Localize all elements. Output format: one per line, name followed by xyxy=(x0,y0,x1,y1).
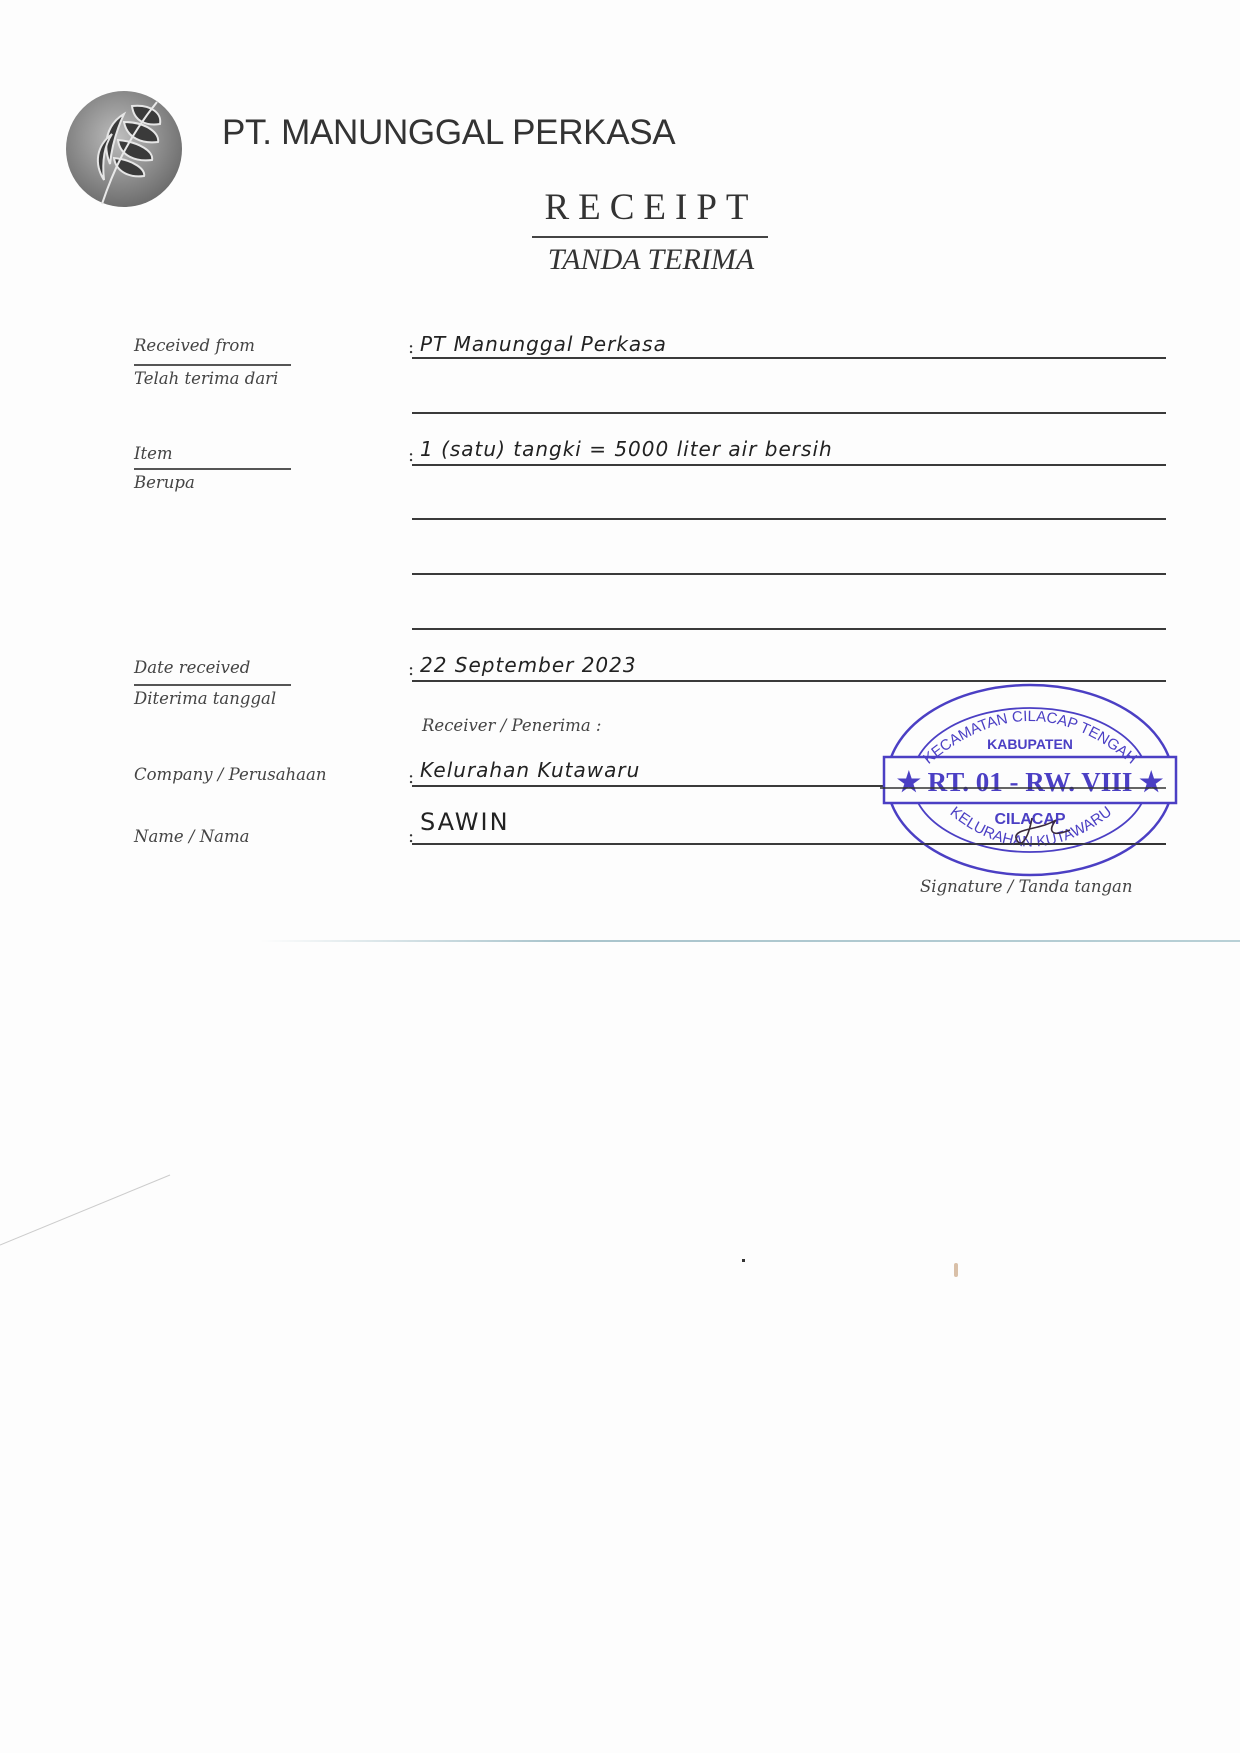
item-value[interactable]: 1 (satu) tangki = 5000 liter air bersih xyxy=(420,437,833,461)
label-divider xyxy=(134,468,291,470)
item-line-4 xyxy=(412,628,1166,630)
signature-label: Signature / Tanda tangan xyxy=(920,877,1133,896)
item-label-id: Berupa xyxy=(134,473,195,492)
colon: : xyxy=(408,445,414,466)
date-received-value[interactable]: 22 September 2023 xyxy=(420,653,637,677)
scan-speck xyxy=(954,1263,958,1277)
paper-edge xyxy=(260,940,1240,942)
label-divider xyxy=(134,364,291,366)
received-from-line-2 xyxy=(412,412,1166,414)
company-label: Company / Perusahaan xyxy=(134,765,326,784)
receiver-heading: Receiver / Penerima : xyxy=(422,716,601,735)
colon: : xyxy=(408,659,414,680)
official-stamp: KECAMATAN CILACAP TENGAH KABUPATEN ★ RT.… xyxy=(880,680,1180,880)
received-from-label: Received from xyxy=(134,336,255,355)
svg-text:KABUPATEN: KABUPATEN xyxy=(987,736,1073,752)
received-from-value[interactable]: PT Manunggal Perkasa xyxy=(420,332,667,356)
date-received-label-id: Diterima tanggal xyxy=(134,689,276,708)
name-label: Name / Nama xyxy=(134,827,250,846)
scan-artifact xyxy=(0,1170,180,1250)
date-received-label: Date received xyxy=(134,658,250,677)
document-title: RECEIPT xyxy=(534,186,768,229)
document-subtitle: TANDA TERIMA xyxy=(534,243,768,277)
company-name: PT. MANUNGGAL PERKASA xyxy=(222,113,675,153)
name-value[interactable]: SAWIN xyxy=(420,808,510,836)
wheat-logo-icon xyxy=(62,84,192,214)
company-value[interactable]: Kelurahan Kutawaru xyxy=(420,758,640,782)
colon: : xyxy=(408,337,414,358)
item-label: Item xyxy=(134,444,173,463)
received-from-label-id: Telah terima dari xyxy=(134,369,278,388)
label-divider xyxy=(134,684,291,686)
item-line-2 xyxy=(412,518,1166,520)
item-line xyxy=(412,464,1166,466)
item-line-3 xyxy=(412,573,1166,575)
scan-speck xyxy=(742,1259,745,1262)
title-divider xyxy=(532,236,768,238)
received-from-line xyxy=(412,357,1166,359)
svg-text:★ RT. 01 - RW. VIII ★: ★ RT. 01 - RW. VIII ★ xyxy=(897,767,1164,797)
